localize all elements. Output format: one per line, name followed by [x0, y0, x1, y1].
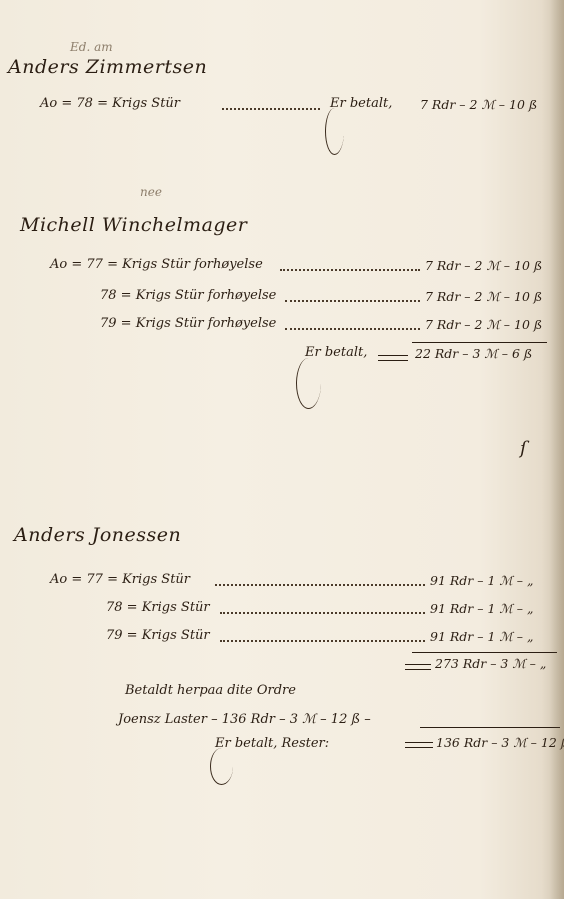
entry-2-line-3: 79 = Krigs Stür forhøyelse — [100, 316, 276, 331]
entry-1-superscript: Ed. am — [70, 40, 113, 54]
entry-1-name: Anders Zimmertsen — [8, 56, 207, 78]
year-prefix: Ao = — [50, 257, 82, 272]
sum-rule — [412, 342, 547, 343]
entry-2-line-1-amount: 7 Rdr – 2 ℳ – 10 ß — [425, 258, 542, 273]
line-text: 79 = Krigs Stür forhøyelse — [100, 316, 276, 331]
double-rule — [405, 664, 431, 670]
entry-2-line-2-amount: 7 Rdr – 2 ℳ – 10 ß — [425, 289, 542, 304]
line-text: 79 = Krigs Stür — [106, 628, 210, 643]
line-text: 77 = Krigs Stür — [86, 572, 190, 587]
entry-3-line-1-amount: 91 Rdr – 1 ℳ – „ — [430, 573, 533, 588]
entry-3-total: 273 Rdr – 3 ℳ – „ — [435, 656, 546, 671]
dotted-leader — [220, 640, 425, 642]
entry-3-name: Anders Jonessen — [14, 524, 181, 546]
line-text: 78 = Krigs Stür — [106, 600, 210, 615]
entry-2-line-2: 78 = Krigs Stür forhøyelse — [100, 288, 276, 303]
book-spine-shadow — [550, 0, 564, 899]
year-prefix: Ao = — [50, 572, 82, 587]
entry-2-superscript: nee — [140, 185, 162, 199]
line-text: 78 = Krigs Stür — [76, 96, 180, 111]
flourish — [325, 108, 344, 155]
entry-3-paid-label: Er betalt, Rester: — [215, 736, 329, 751]
double-rule — [378, 355, 408, 361]
entry-3-line-1: Ao = 77 = Krigs Stür — [50, 572, 190, 587]
dotted-leader — [222, 108, 320, 110]
entry-3-line-3: 79 = Krigs Stür — [106, 628, 210, 643]
dotted-leader — [285, 328, 420, 330]
entry-3-line-3-amount: 91 Rdr – 1 ℳ – „ — [430, 629, 533, 644]
dotted-leader — [215, 584, 425, 586]
dotted-leader — [220, 612, 425, 614]
sum-rule — [412, 652, 557, 653]
line-text: 78 = Krigs Stür forhøyelse — [100, 288, 276, 303]
entry-1-paid-label: Er betalt, — [330, 96, 392, 111]
dotted-leader — [280, 269, 420, 271]
entry-2-paid-label: Er betalt, — [305, 345, 367, 360]
dotted-leader — [285, 300, 420, 302]
entry-3-line-2: 78 = Krigs Stür — [106, 600, 210, 615]
entry-3-note-line-1: Betaldt herpaa dite Ordre — [125, 683, 296, 698]
entry-1-line-1: Ao = 78 = Krigs Stür — [40, 96, 180, 111]
entry-2-line-3-amount: 7 Rdr – 2 ℳ – 10 ß — [425, 317, 542, 332]
flourish — [210, 748, 233, 785]
entry-3-line-2-amount: 91 Rdr – 1 ℳ – „ — [430, 601, 533, 616]
line-text: 77 = Krigs Stür forhøyelse — [86, 257, 262, 272]
entry-3-note-line-2: Joensz Laster – 136 Rdr – 3 ℳ – 12 ß – — [118, 712, 371, 727]
entry-3-paid-amount: 136 Rdr – 3 ℳ – 12 ß — [436, 735, 564, 750]
double-rule — [405, 742, 433, 748]
margin-mark: ſ — [520, 438, 527, 459]
entry-2-paid-amount: 22 Rdr – 3 ℳ – 6 ß — [415, 346, 532, 361]
flourish — [296, 358, 321, 409]
year-prefix: Ao = — [40, 96, 72, 111]
sum-rule — [420, 727, 560, 728]
entry-1-paid-amount: 7 Rdr – 2 ℳ – 10 ß — [420, 97, 537, 112]
entry-2-name: Michell Winchelmager — [20, 214, 247, 236]
entry-2-line-1: Ao = 77 = Krigs Stür forhøyelse — [50, 257, 263, 272]
ledger-page: Ed. am Anders Zimmertsen Ao = 78 = Krigs… — [0, 0, 564, 899]
